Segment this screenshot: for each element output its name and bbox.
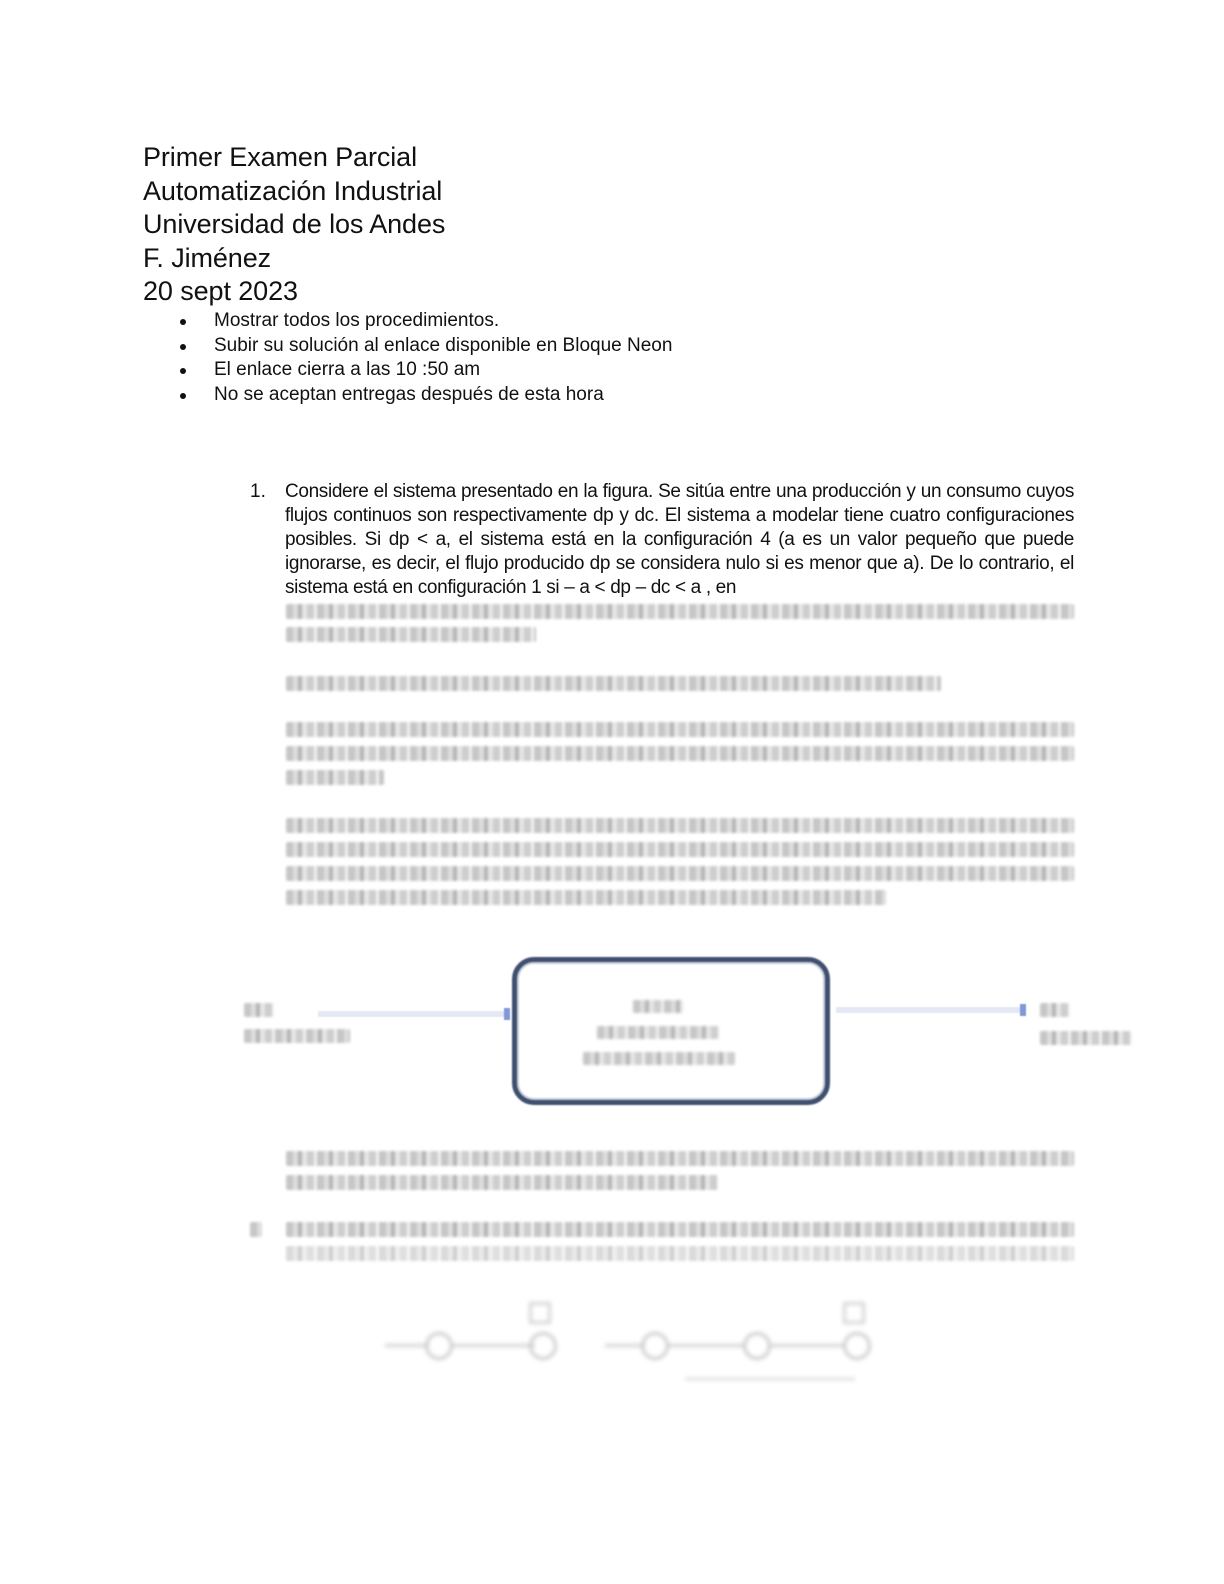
question-text: Considere el sistema presentado en la fi… xyxy=(285,480,1074,600)
input-arrow xyxy=(318,1011,508,1017)
blurred-line xyxy=(286,818,1074,833)
self-loop xyxy=(529,1302,551,1324)
instruction-item: No se aceptan entregas después de esta h… xyxy=(143,383,672,408)
box-label-blurred xyxy=(597,1026,719,1039)
state-node xyxy=(743,1332,771,1360)
state-node xyxy=(425,1332,453,1360)
box-label-blurred xyxy=(583,1052,735,1065)
exam-title: Primer Examen Parcial xyxy=(143,141,445,175)
transition-arrow xyxy=(669,1344,745,1347)
blurred-line xyxy=(286,1175,718,1190)
output-arrow xyxy=(836,1007,1022,1013)
bullet-dot-icon xyxy=(180,344,186,350)
transition-arrow xyxy=(453,1344,535,1347)
start-arrow xyxy=(385,1344,429,1347)
blurred-line xyxy=(286,890,886,905)
input-arrow-tip xyxy=(504,1008,510,1020)
transition-arrow xyxy=(771,1344,845,1347)
blurred-line xyxy=(286,1246,1074,1261)
bullet-dot-icon xyxy=(180,393,186,399)
output-label-blurred xyxy=(1040,1003,1070,1017)
blurred-line xyxy=(286,1151,1074,1166)
instructions-list: Mostrar todos los procedimientos. Subir … xyxy=(143,309,672,407)
blurred-question-number xyxy=(250,1222,262,1237)
back-arc xyxy=(685,1378,855,1380)
course-name: Automatización Industrial xyxy=(143,175,445,209)
blurred-line xyxy=(286,1222,1074,1237)
document-page: Primer Examen Parcial Automatización Ind… xyxy=(0,0,1224,1584)
output-arrow-tip xyxy=(1020,1004,1026,1016)
state-node xyxy=(529,1332,557,1360)
bullet-dot-icon xyxy=(180,368,186,374)
automaton-1 xyxy=(385,1300,565,1390)
blurred-line xyxy=(286,604,1074,619)
instruction-item: Mostrar todos los procedimientos. xyxy=(143,309,672,334)
box-label-blurred xyxy=(633,1000,683,1013)
automaton-2 xyxy=(605,1300,880,1390)
input-label-blurred xyxy=(244,1003,274,1017)
exam-header: Primer Examen Parcial Automatización Ind… xyxy=(143,141,445,309)
professor-name: F. Jiménez xyxy=(143,242,445,276)
blurred-line xyxy=(286,746,1074,761)
start-arrow xyxy=(605,1344,645,1347)
bullet-dot-icon xyxy=(180,319,186,325)
blurred-line xyxy=(286,676,941,691)
university-name: Universidad de los Andes xyxy=(143,208,445,242)
instruction-item: El enlace cierra a las 10 :50 am xyxy=(143,358,672,383)
question-1: 1. Considere el sistema presentado en la… xyxy=(250,480,1074,600)
question-number: 1. xyxy=(250,480,266,504)
blurred-line xyxy=(286,866,1074,881)
system-box xyxy=(512,957,830,1105)
state-node xyxy=(843,1332,871,1360)
output-label-blurred xyxy=(1040,1031,1132,1045)
system-diagram xyxy=(240,945,1140,1115)
blurred-line xyxy=(286,627,536,642)
blurred-line xyxy=(286,770,384,785)
blurred-line xyxy=(286,722,1074,737)
state-node xyxy=(641,1332,669,1360)
instruction-item: Subir su solución al enlace disponible e… xyxy=(143,334,672,359)
input-label-blurred xyxy=(244,1029,350,1043)
blurred-line xyxy=(286,842,1074,857)
self-loop xyxy=(843,1302,865,1324)
exam-date: 20 sept 2023 xyxy=(143,275,445,309)
